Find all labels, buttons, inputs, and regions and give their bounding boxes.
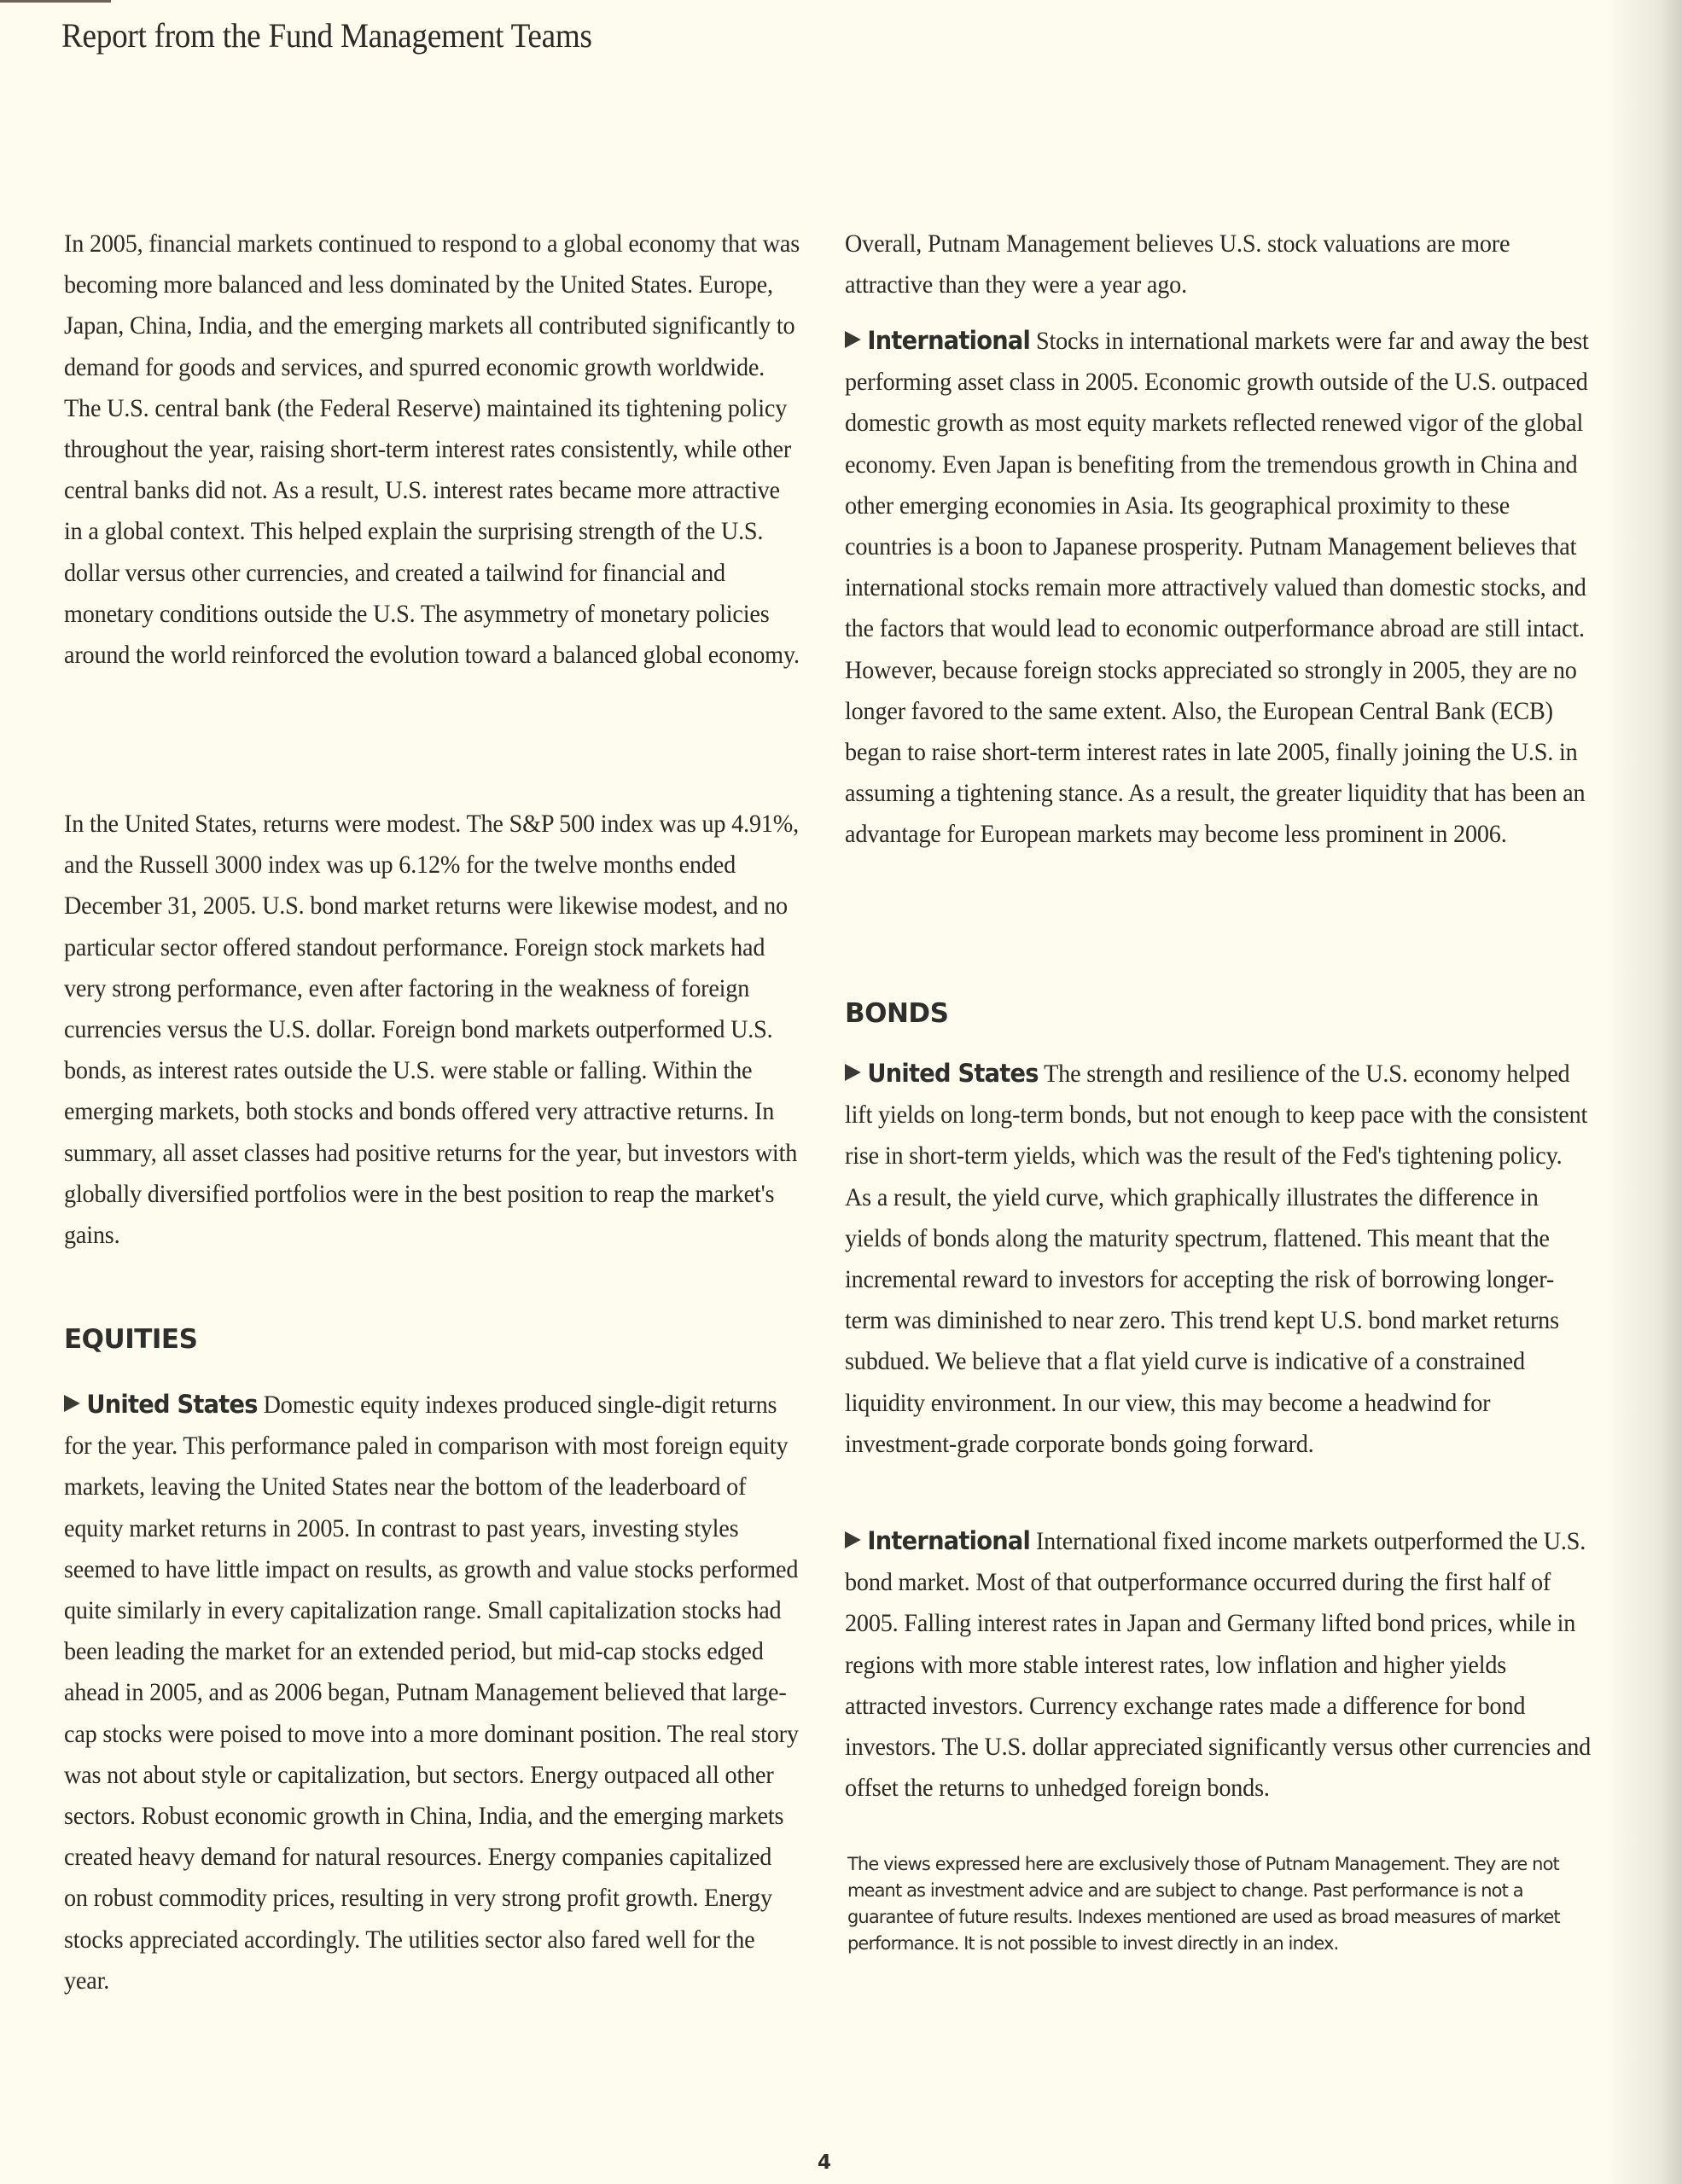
equities-international-section: International Stocks in international ma… bbox=[845, 320, 1596, 856]
bonds-international-label: International bbox=[867, 1526, 1030, 1555]
equities-us-label: United States bbox=[86, 1390, 257, 1419]
overall-paragraph: Overall, Putnam Management believes U.S.… bbox=[845, 224, 1591, 305]
triangle-bullet-icon bbox=[845, 331, 861, 348]
scan-edge-strip bbox=[0, 0, 111, 3]
bonds-us-label: United States bbox=[867, 1059, 1038, 1088]
us-returns-section: In the United States, returns were modes… bbox=[64, 804, 806, 1256]
triangle-bullet-icon bbox=[64, 1395, 80, 1412]
bonds-us-paragraph: United States The strength and resilienc… bbox=[845, 1053, 1591, 1465]
bonds-section: BONDS bbox=[845, 998, 1596, 1029]
equities-international-label: International bbox=[867, 326, 1030, 355]
bonds-us-text: The strength and resilience of the U.S. … bbox=[845, 1060, 1587, 1458]
equities-international-paragraph: International Stocks in international ma… bbox=[845, 320, 1591, 856]
equities-us-section: United States Domestic equity indexes pr… bbox=[64, 1384, 806, 2001]
equities-us-paragraph: United States Domestic equity indexes pr… bbox=[64, 1384, 800, 2001]
equities-section: EQUITIES bbox=[64, 1324, 806, 1355]
triangle-bullet-icon bbox=[845, 1531, 861, 1548]
bonds-international-section: International International fixed income… bbox=[845, 1520, 1596, 1809]
equities-us-text: Domestic equity indexes produced single-… bbox=[64, 1391, 799, 1995]
page-title: Report from the Fund Management Teams bbox=[61, 15, 592, 55]
intro-paragraph: In 2005, financial markets continued to … bbox=[64, 224, 800, 676]
bonds-international-paragraph: International International fixed income… bbox=[845, 1520, 1591, 1809]
bonds-international-text: International fixed income markets outpe… bbox=[845, 1527, 1591, 1802]
page-number: 4 bbox=[818, 2152, 831, 2174]
triangle-bullet-icon bbox=[845, 1064, 861, 1081]
bonds-us-section: United States The strength and resilienc… bbox=[845, 1053, 1596, 1465]
overall-section: Overall, Putnam Management believes U.S.… bbox=[845, 224, 1596, 305]
disclaimer-section: The views expressed here are exclusively… bbox=[847, 1851, 1598, 1957]
left-column: In 2005, financial markets continued to … bbox=[64, 224, 806, 676]
page-gutter-shadow bbox=[1605, 0, 1682, 2184]
disclaimer-text: The views expressed here are exclusively… bbox=[847, 1851, 1598, 1957]
equities-international-text: Stocks in international markets were far… bbox=[845, 327, 1589, 848]
equities-heading: EQUITIES bbox=[64, 1324, 806, 1355]
bonds-heading: BONDS bbox=[845, 998, 1596, 1029]
us-returns-paragraph: In the United States, returns were modes… bbox=[64, 804, 800, 1256]
